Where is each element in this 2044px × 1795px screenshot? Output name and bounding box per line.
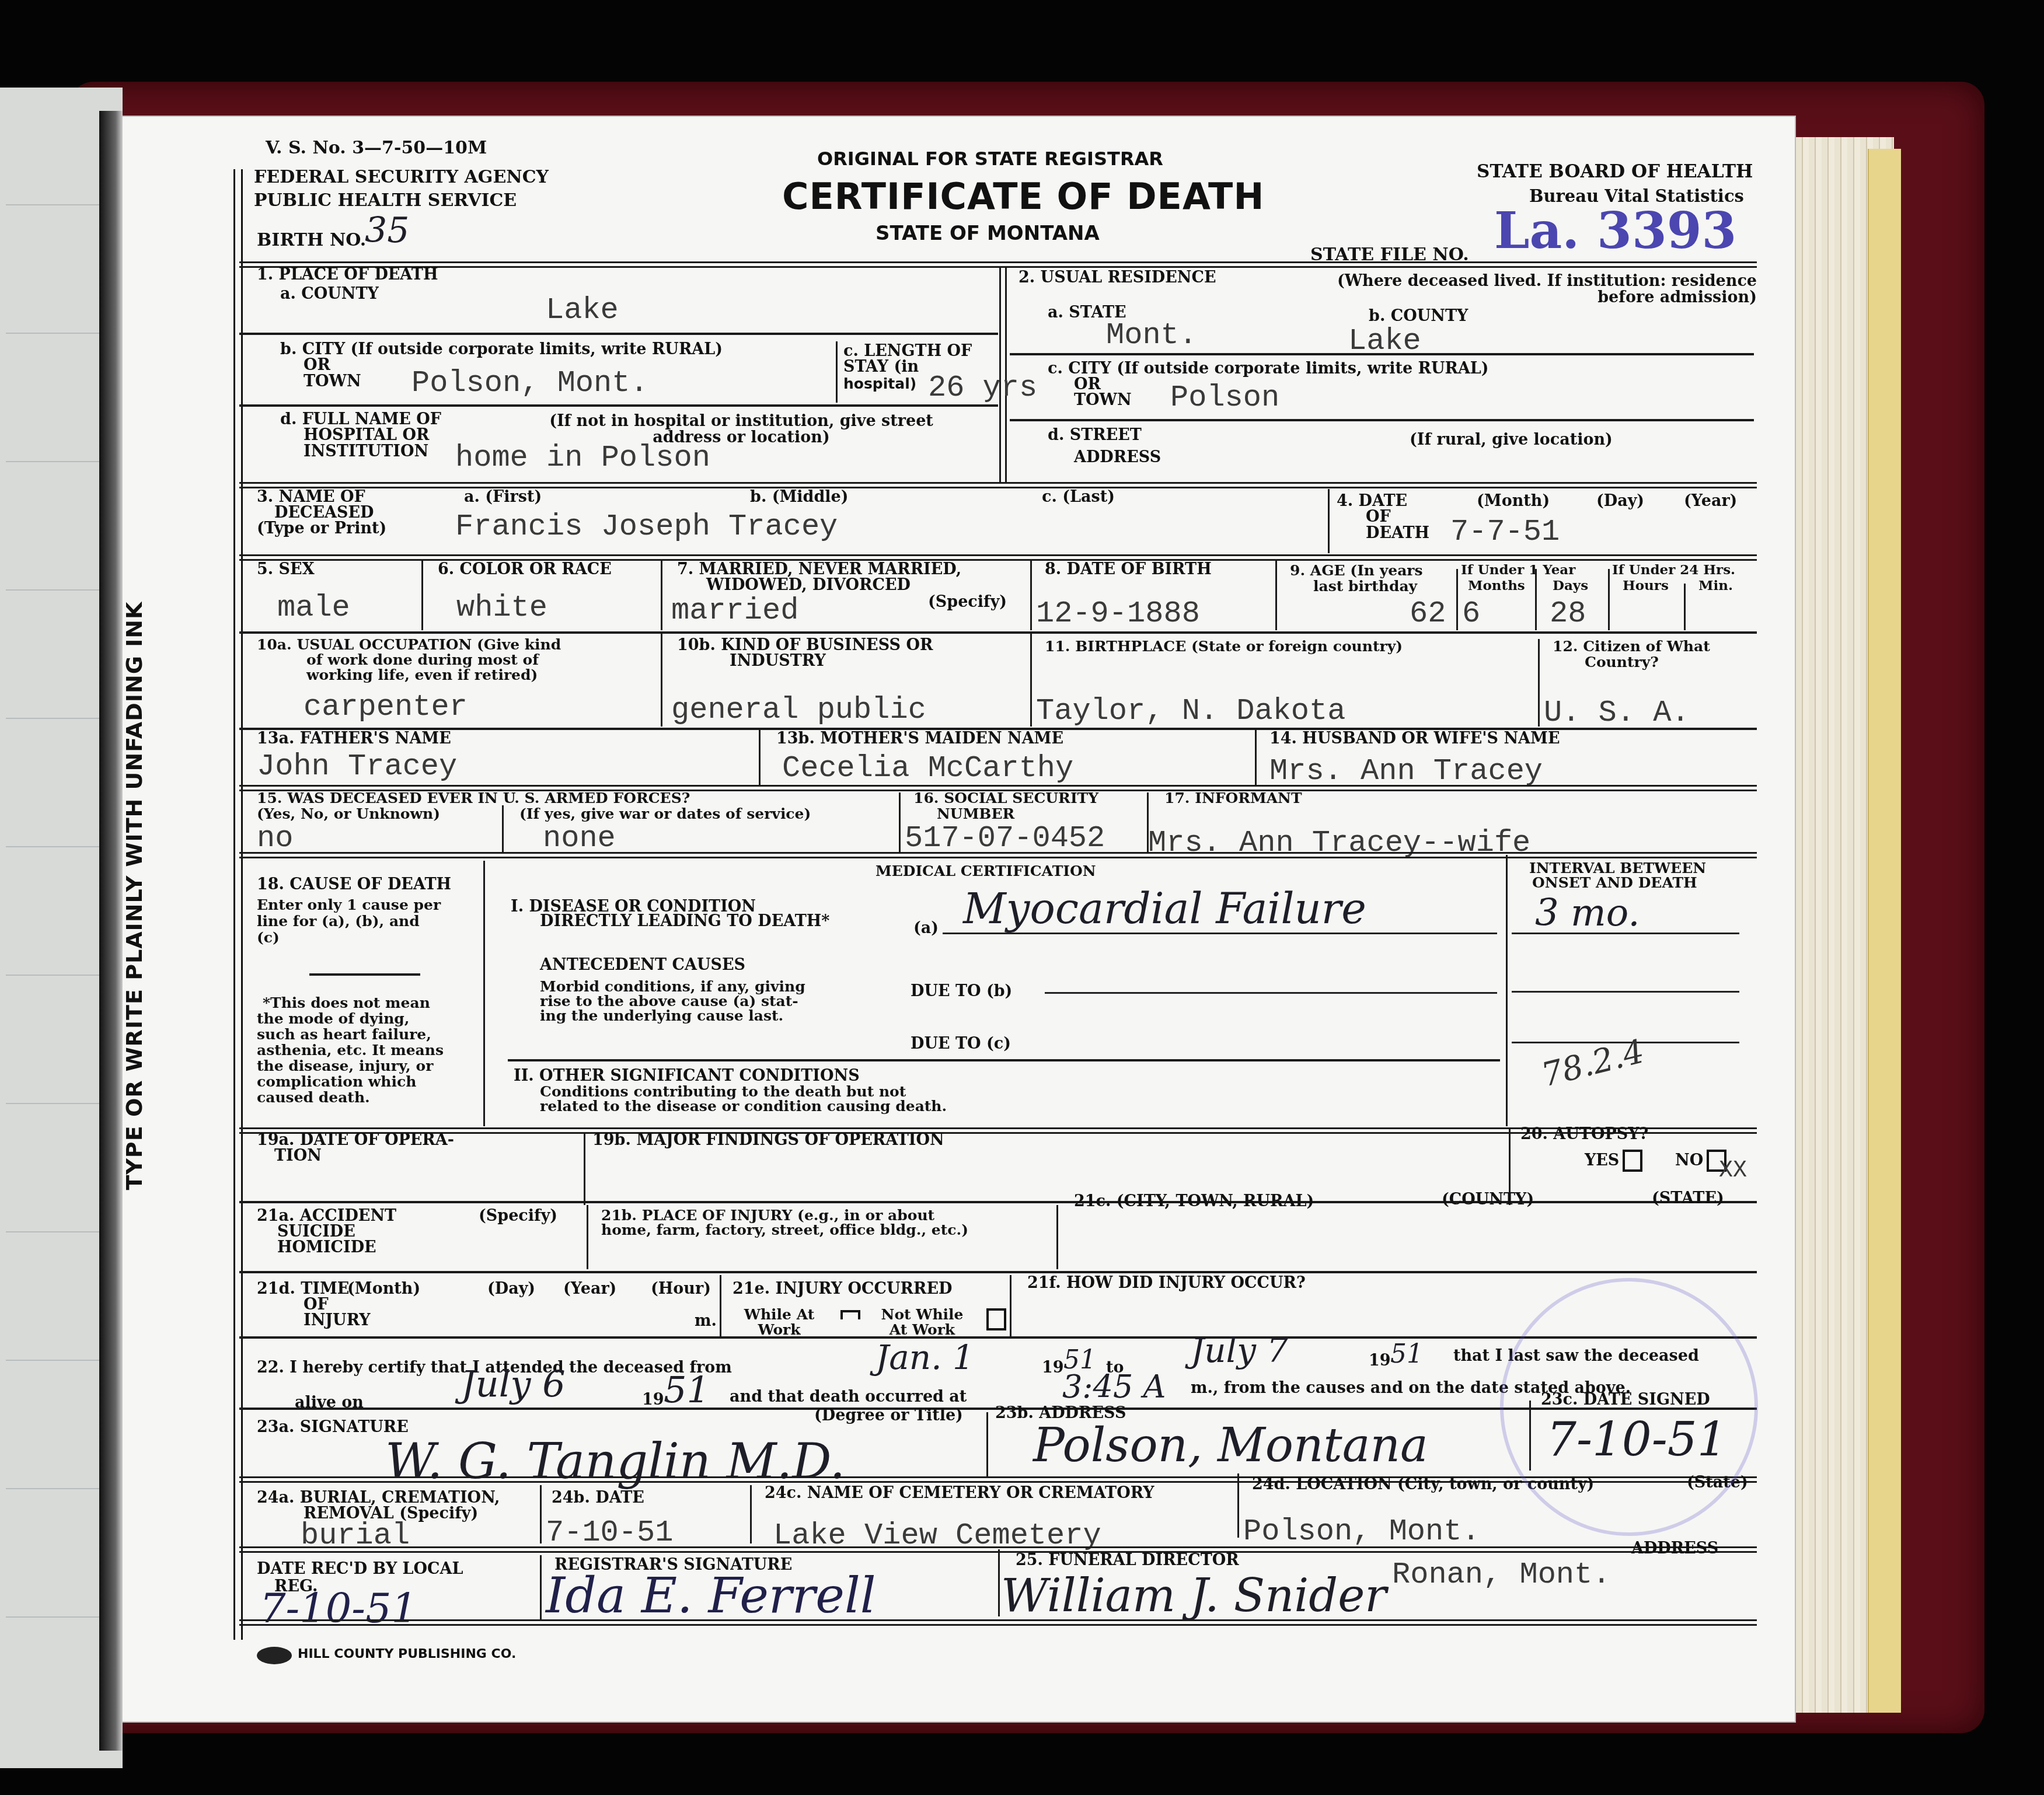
divider bbox=[1237, 1473, 1239, 1538]
ssn-value: 517-07-0452 bbox=[905, 823, 1105, 854]
father-value: John Tracey bbox=[257, 751, 457, 783]
divider bbox=[421, 560, 423, 630]
burial-label-1: 24a. BURIAL, CREMATION, bbox=[257, 1490, 500, 1506]
board-line-1: STATE BOARD OF HEALTH bbox=[1477, 163, 1753, 180]
injury-month-label: (Month) bbox=[347, 1281, 420, 1297]
divider bbox=[1684, 584, 1686, 630]
armed-forces-options: (Yes, No, or Unknown) bbox=[257, 806, 440, 822]
op-findings-label: 19b. MAJOR FINDINGS OF OPERATION bbox=[592, 1132, 944, 1148]
dod-day-label: (Day) bbox=[1596, 493, 1644, 509]
divider bbox=[1538, 639, 1540, 727]
divider bbox=[1010, 353, 1754, 355]
interval-a-value: 3 mo. bbox=[1535, 892, 1640, 935]
state-file-no-stamp: La. 3393 bbox=[1494, 201, 1736, 260]
cause-instr-1: Enter only 1 cause per bbox=[257, 898, 441, 913]
divider bbox=[1456, 569, 1458, 630]
attended-from-year-prefix: 19 bbox=[1042, 1360, 1064, 1376]
divider bbox=[661, 633, 662, 727]
state-file-no-label: STATE FILE NO. bbox=[1310, 247, 1469, 263]
birthplace-value: Taylor, N. Dakota bbox=[1036, 696, 1346, 727]
injury-type-label-1: 21a. ACCIDENT bbox=[257, 1208, 396, 1224]
footnote-line: the disease, injury, or bbox=[257, 1059, 433, 1074]
original-for-registrar: ORIGINAL FOR STATE REGISTRAR bbox=[817, 148, 1163, 170]
antecedent-hint-3: ing the underlying cause last. bbox=[540, 1008, 783, 1024]
divider bbox=[1030, 560, 1032, 630]
form-left-border bbox=[233, 169, 243, 1640]
divider bbox=[502, 805, 504, 852]
spouse-value: Mrs. Ann Tracey bbox=[1269, 756, 1543, 787]
alive-on-year: 51 bbox=[664, 1368, 710, 1411]
divider bbox=[1275, 560, 1277, 630]
birthplace-label: 11. BIRTHPLACE (State or foreign country… bbox=[1045, 639, 1403, 654]
deceased-name-value: Francis Joseph Tracey bbox=[455, 511, 838, 543]
while-at-work-checkbox[interactable] bbox=[840, 1310, 860, 1319]
autopsy-yes-label: YES bbox=[1585, 1151, 1619, 1169]
marital-label-2: WIDOWED, DIVORCED bbox=[706, 577, 911, 593]
death-time-value: 3:45 A bbox=[1062, 1368, 1166, 1405]
form-code: V. S. No. 3—7-50—10M bbox=[266, 140, 487, 156]
autopsy-label: 20. AUTOPSY? bbox=[1520, 1126, 1648, 1143]
divider bbox=[720, 1275, 721, 1336]
footnote-line: asthenia, etc. It means bbox=[257, 1043, 444, 1058]
injury-type-specify: (Specify) bbox=[479, 1208, 557, 1224]
usual-residence-label: 2. USUAL RESIDENCE bbox=[1018, 270, 1216, 286]
business-label-2: INDUSTRY bbox=[730, 653, 826, 669]
injury-hour-label: (Hour) bbox=[651, 1281, 711, 1297]
not-while-at-work-checkbox[interactable] bbox=[986, 1308, 1006, 1330]
cemetery-label: 24c. NAME OF CEMETERY OR CREMATORY bbox=[765, 1485, 1154, 1501]
citizen-label-1: 12. Citizen of What bbox=[1553, 639, 1710, 654]
divider bbox=[998, 1549, 1000, 1616]
age-years-value: 62 bbox=[1410, 598, 1446, 630]
date-of-death-value: 7-7-51 bbox=[1450, 516, 1560, 548]
age-months-value: 6 bbox=[1462, 598, 1480, 630]
alive-on-date: July 6 bbox=[461, 1363, 566, 1405]
divider bbox=[1010, 419, 1754, 421]
pod-city-label: b. CITY (If outside corporate limits, wr… bbox=[280, 341, 723, 358]
first-name-label: a. (First) bbox=[464, 489, 542, 505]
registrar-signature: Ida E. Ferrell bbox=[546, 1567, 876, 1624]
hospital-label-1: d. FULL NAME OF bbox=[280, 411, 441, 428]
divider bbox=[1010, 1275, 1011, 1336]
stay-label-2: STAY (in bbox=[843, 359, 919, 375]
pod-county-value: Lake bbox=[546, 295, 619, 326]
funeral-director-label: 25. FUNERAL DIRECTOR bbox=[1016, 1552, 1239, 1569]
pod-city-label-town: TOWN bbox=[304, 373, 361, 390]
interval-label-2: ONSET AND DEATH bbox=[1532, 875, 1697, 890]
birth-no-value: 35 bbox=[365, 210, 409, 251]
injury-year-label: (Year) bbox=[563, 1281, 616, 1297]
marital-value: married bbox=[671, 595, 798, 627]
armed-forces-value: no bbox=[257, 823, 293, 854]
divider bbox=[540, 1555, 542, 1619]
disease-label-2: DIRECTLY LEADING TO DEATH* bbox=[540, 913, 829, 930]
pod-city-label-or: OR bbox=[304, 357, 330, 373]
autopsy-no-label: NO bbox=[1675, 1151, 1703, 1169]
injury-place-label-2: home, farm, factory, street, office bldg… bbox=[601, 1223, 968, 1238]
cause-a-label: (a) bbox=[913, 920, 939, 937]
funeral-address-label: ADDRESS bbox=[1631, 1541, 1718, 1557]
informant-label: 17. INFORMANT bbox=[1164, 791, 1302, 806]
dod-label-3: DEATH bbox=[1366, 525, 1429, 542]
under-1-year-label: If Under 1 Year bbox=[1461, 563, 1575, 577]
race-value: white bbox=[456, 592, 547, 624]
autopsy-yes-checkbox[interactable] bbox=[1623, 1150, 1642, 1172]
ssn-label-2: NUMBER bbox=[937, 806, 1014, 822]
gilt-edge bbox=[1868, 149, 1901, 1713]
op-date-label-2: TION bbox=[274, 1148, 322, 1164]
business-value: general public bbox=[671, 694, 926, 726]
father-label: 13a. FATHER'S NAME bbox=[257, 731, 451, 747]
res-state-value: Mont. bbox=[1106, 320, 1197, 351]
service-value: none bbox=[543, 823, 616, 854]
divider bbox=[584, 1132, 585, 1205]
res-city-label-or: OR bbox=[1074, 376, 1101, 393]
divider bbox=[587, 1205, 588, 1269]
burial-date-value: 7-10-51 bbox=[546, 1517, 673, 1549]
divider bbox=[239, 333, 998, 335]
agency-line-2: PUBLIC HEALTH SERVICE bbox=[254, 193, 517, 209]
spouse-label: 14. HUSBAND OR WIFE'S NAME bbox=[1269, 731, 1560, 747]
attended-to-year: 51 bbox=[1390, 1339, 1423, 1369]
other-conditions-hint-2: related to the disease or condition caus… bbox=[540, 1099, 947, 1114]
dob-label: 8. DATE OF BIRTH bbox=[1045, 561, 1212, 578]
hours-label: Hours bbox=[1623, 579, 1669, 593]
dod-label-2: OF bbox=[1366, 509, 1391, 525]
occupation-value: carpenter bbox=[304, 692, 468, 723]
business-label-1: 10b. KIND OF BUSINESS OR bbox=[677, 637, 933, 654]
sex-value: male bbox=[277, 592, 350, 624]
divider bbox=[239, 1619, 1757, 1626]
injury-occurred-label: 21e. INJURY OCCURRED bbox=[733, 1281, 952, 1297]
res-city-value: Polson bbox=[1170, 382, 1279, 414]
alive-on-year-prefix: 19 bbox=[642, 1392, 664, 1408]
divider bbox=[1056, 1205, 1058, 1269]
pod-county-label: a. COUNTY bbox=[280, 286, 379, 302]
age-label-1: 9. AGE (In years bbox=[1290, 563, 1423, 578]
hospital-label-3: INSTITUTION bbox=[304, 443, 428, 460]
divider bbox=[239, 1271, 1757, 1273]
injury-time-label-1: 21d. TIME bbox=[257, 1281, 349, 1297]
citizenship-value: U. S. A. bbox=[1544, 697, 1690, 729]
divider bbox=[508, 1059, 1500, 1061]
footnote-line: caused death. bbox=[257, 1090, 370, 1105]
location-value: Polson, Mont. bbox=[1243, 1516, 1480, 1548]
attended-to-year-prefix: 19 bbox=[1369, 1353, 1391, 1369]
hospital-label-2: HOSPITAL OR bbox=[304, 427, 429, 443]
res-street-label-2: ADDRESS bbox=[1074, 449, 1161, 466]
occupation-label-2: of work done during most of bbox=[306, 652, 539, 668]
injury-county-label: (COUNTY) bbox=[1442, 1192, 1534, 1208]
publisher-logo-icon bbox=[257, 1647, 292, 1664]
res-county-label: b. COUNTY bbox=[1369, 308, 1468, 324]
date-received-label-1: DATE REC'D BY LOCAL bbox=[257, 1561, 463, 1577]
divider bbox=[239, 404, 998, 407]
stay-value: 26 yrs bbox=[928, 372, 1037, 404]
res-city-label-town: TOWN bbox=[1074, 392, 1132, 408]
cause-of-death-label: 18. CAUSE OF DEATH bbox=[257, 876, 451, 893]
not-while-at-work-option[interactable]: Not While At Work bbox=[878, 1307, 966, 1337]
divider bbox=[239, 852, 1757, 858]
attended-to-date: July 7 bbox=[1191, 1330, 1288, 1370]
divider bbox=[759, 729, 761, 785]
medical-certification-title: MEDICAL CERTIFICATION bbox=[875, 864, 1096, 879]
injury-city-label: 21c. (CITY, TOWN, RURAL) bbox=[1074, 1193, 1314, 1210]
divider bbox=[1328, 489, 1330, 553]
physician-address: Polson, Montana bbox=[1033, 1418, 1428, 1472]
marital-label-1: 7. MARRIED, NEVER MARRIED, bbox=[677, 561, 961, 578]
burial-date-label: 24b. DATE bbox=[552, 1490, 644, 1506]
page-title: CERTIFICATE OF DEATH bbox=[782, 175, 1264, 218]
header-divider bbox=[239, 261, 1757, 268]
res-street-label-1: d. STREET bbox=[1048, 427, 1142, 443]
state-subtitle: STATE OF MONTANA bbox=[875, 222, 1100, 245]
injury-type-label-3: HOMICIDE bbox=[277, 1239, 376, 1256]
received-stamp bbox=[1500, 1278, 1758, 1536]
res-street-hint: (If rural, give location) bbox=[1410, 432, 1613, 448]
occupation-label-3: working life, even if retired) bbox=[306, 668, 538, 683]
divider bbox=[750, 1485, 752, 1543]
footnote-line: *This does not mean bbox=[263, 996, 430, 1011]
attended-from-date: Jan. 1 bbox=[875, 1337, 974, 1377]
injury-state-label: (STATE) bbox=[1652, 1190, 1724, 1207]
birth-no-label: BIRTH NO. bbox=[257, 232, 366, 249]
divider bbox=[239, 631, 1757, 634]
divider bbox=[1608, 569, 1610, 630]
footnote-line: such as heart failure, bbox=[257, 1027, 431, 1042]
marital-specify: (Specify) bbox=[928, 594, 1007, 610]
hospital-value: home in Polson bbox=[455, 442, 710, 474]
divider bbox=[540, 1485, 542, 1543]
under-24-hrs-label: If Under 24 Hrs. bbox=[1612, 563, 1735, 577]
last-name-label: c. (Last) bbox=[1042, 489, 1115, 505]
occupation-label-1: 10a. USUAL OCCUPATION (Give kind bbox=[257, 637, 561, 652]
name-label-1: 3. NAME OF bbox=[257, 489, 365, 505]
months-label: Months bbox=[1468, 579, 1525, 593]
res-county-value: Lake bbox=[1348, 326, 1421, 357]
funeral-director-signature: William J. Snider bbox=[1001, 1570, 1387, 1622]
interval-a-line bbox=[1512, 933, 1739, 934]
middle-name-label: b. (Middle) bbox=[750, 489, 849, 505]
place-of-death-label: 1. PLACE OF DEATH bbox=[257, 267, 438, 283]
divider bbox=[1255, 729, 1257, 785]
name-label-2: DECEASED bbox=[274, 505, 374, 521]
divider bbox=[661, 560, 662, 630]
citizen-label-2: Country? bbox=[1585, 655, 1659, 670]
mother-label: 13b. MOTHER'S MAIDEN NAME bbox=[776, 731, 1063, 747]
publisher-name: HILL COUNTY PUBLISHING CO. bbox=[298, 1647, 516, 1661]
res-city-label: c. CITY (If outside corporate limits, wr… bbox=[1048, 361, 1489, 377]
min-label: Min. bbox=[1698, 579, 1733, 593]
days-label: Days bbox=[1553, 579, 1588, 593]
divider bbox=[899, 792, 901, 854]
death-occurred-label: and that death occurred at bbox=[730, 1389, 967, 1405]
injury-time-label-3: INJURY bbox=[304, 1312, 371, 1329]
interval-b-line bbox=[1512, 991, 1739, 993]
other-conditions-label: II. OTHER SIGNIFICANT CONDITIONS bbox=[514, 1068, 860, 1084]
footnote-line: the mode of dying, bbox=[257, 1011, 410, 1026]
while-at-work-option[interactable]: While At Work bbox=[733, 1307, 826, 1337]
pod-city-value: Polson, Mont. bbox=[411, 368, 648, 399]
how-injury-label: 21f. HOW DID INJURY OCCUR? bbox=[1027, 1275, 1306, 1291]
divider bbox=[483, 861, 485, 1126]
divider bbox=[1506, 855, 1508, 1126]
usual-residence-hint: (Where deceased lived. If institution: r… bbox=[1278, 273, 1757, 306]
sex-label: 5. SEX bbox=[257, 561, 315, 578]
cause-b-line bbox=[1045, 992, 1497, 994]
race-label: 6. COLOR OR RACE bbox=[438, 561, 612, 578]
degree-label: (Degree or Title) bbox=[814, 1408, 963, 1424]
autopsy-no-mark: XX bbox=[1719, 1155, 1747, 1187]
cause-a-value: Myocardial Failure bbox=[963, 884, 1366, 933]
due-to-c-label: DUE TO (c) bbox=[911, 1036, 1011, 1052]
age-days-value: 28 bbox=[1550, 598, 1586, 630]
dod-year-label: (Year) bbox=[1684, 493, 1737, 509]
injury-type-label-2: SUICIDE bbox=[277, 1224, 355, 1240]
agency-line-1: FEDERAL SECURITY AGENCY bbox=[254, 169, 549, 186]
funeral-address-value: Ronan, Mont. bbox=[1392, 1559, 1610, 1591]
divider bbox=[986, 1412, 988, 1476]
footnote-line: complication which bbox=[257, 1074, 416, 1089]
autopsy-yes-option[interactable]: YES bbox=[1585, 1150, 1646, 1172]
dod-month-label: (Month) bbox=[1477, 493, 1550, 509]
cause-instr-3: (c) bbox=[257, 930, 280, 945]
mother-value: Cecelia McCarthy bbox=[782, 753, 1073, 784]
stay-label-1: c. LENGTH OF bbox=[843, 343, 972, 359]
divider bbox=[836, 341, 838, 403]
divider bbox=[1030, 633, 1032, 727]
stay-label-3: hospital) bbox=[843, 376, 916, 392]
name-label-3: (Type or Print) bbox=[257, 521, 386, 537]
dod-label-1: 4. DATE bbox=[1337, 493, 1407, 509]
injury-time-label-2: OF bbox=[304, 1297, 329, 1313]
op-date-label-1: 19a. DATE OF OPERA- bbox=[257, 1132, 454, 1148]
service-label: (If yes, give war or dates of service) bbox=[519, 806, 811, 822]
side-notice: TYPE OR WRITE PLAINLY WITH UNFADING INK bbox=[114, 443, 155, 1348]
dob-value: 12-9-1888 bbox=[1036, 598, 1200, 630]
cause-instr-2: line for (a), (b), and bbox=[257, 914, 420, 929]
ssn-label-1: 16. SOCIAL SECURITY bbox=[913, 791, 1098, 806]
due-to-b-label: DUE TO (b) bbox=[911, 983, 1012, 1000]
divider bbox=[1535, 569, 1537, 630]
antecedent-label: ANTECEDENT CAUSES bbox=[540, 957, 745, 973]
injury-m-label: m. bbox=[695, 1313, 717, 1329]
age-label-2: last birthday bbox=[1313, 579, 1417, 594]
armed-forces-label: 15. WAS DECEASED EVER IN U. S. ARMED FOR… bbox=[257, 791, 690, 806]
injury-day-label: (Day) bbox=[487, 1281, 535, 1297]
divider bbox=[309, 973, 420, 976]
